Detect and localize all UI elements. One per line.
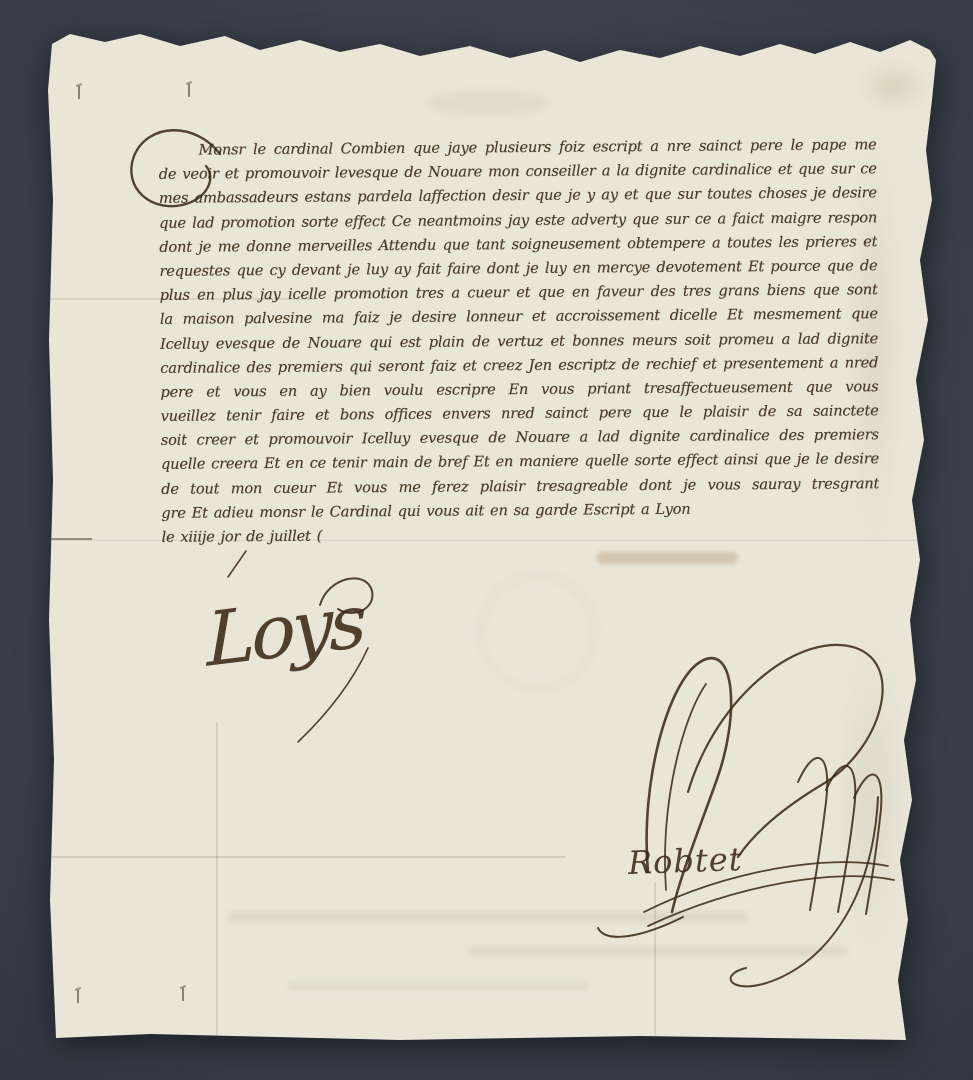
fold-crease-vertical	[216, 722, 218, 1037]
photo-backdrop: Monsr le cardinal Combien que jaye plusi…	[0, 0, 973, 1080]
manuscript-paper: Monsr le cardinal Combien que jaye plusi…	[48, 32, 940, 1044]
stain	[858, 60, 930, 112]
stain	[428, 90, 548, 116]
show-through-mark	[288, 982, 588, 990]
secretary-signature-robertet: Robtet	[627, 840, 743, 882]
fold-crease-vertical	[654, 882, 656, 1037]
paper-sheet: Monsr le cardinal Combien que jaye plusi…	[48, 32, 940, 1044]
royal-signature-loys: Loys	[206, 578, 364, 684]
margin-ink-tick	[77, 990, 79, 1003]
letter-body: Monsr le cardinal Combien que jaye plusi…	[158, 133, 879, 550]
stain	[836, 632, 908, 962]
fold-crease-dash	[50, 538, 92, 540]
margin-ink-tick	[78, 86, 80, 99]
margin-ink-tick	[188, 84, 190, 97]
show-through-mark	[468, 947, 848, 956]
stain	[596, 552, 738, 564]
margin-ink-tick	[182, 988, 184, 1001]
secretary-paraph-flourish	[588, 622, 938, 1042]
show-through-mark	[228, 912, 748, 922]
watermark	[478, 572, 598, 692]
fold-crease-horizontal	[48, 856, 565, 858]
manuscript-line: le xiiije jor de juillet (	[161, 520, 879, 550]
